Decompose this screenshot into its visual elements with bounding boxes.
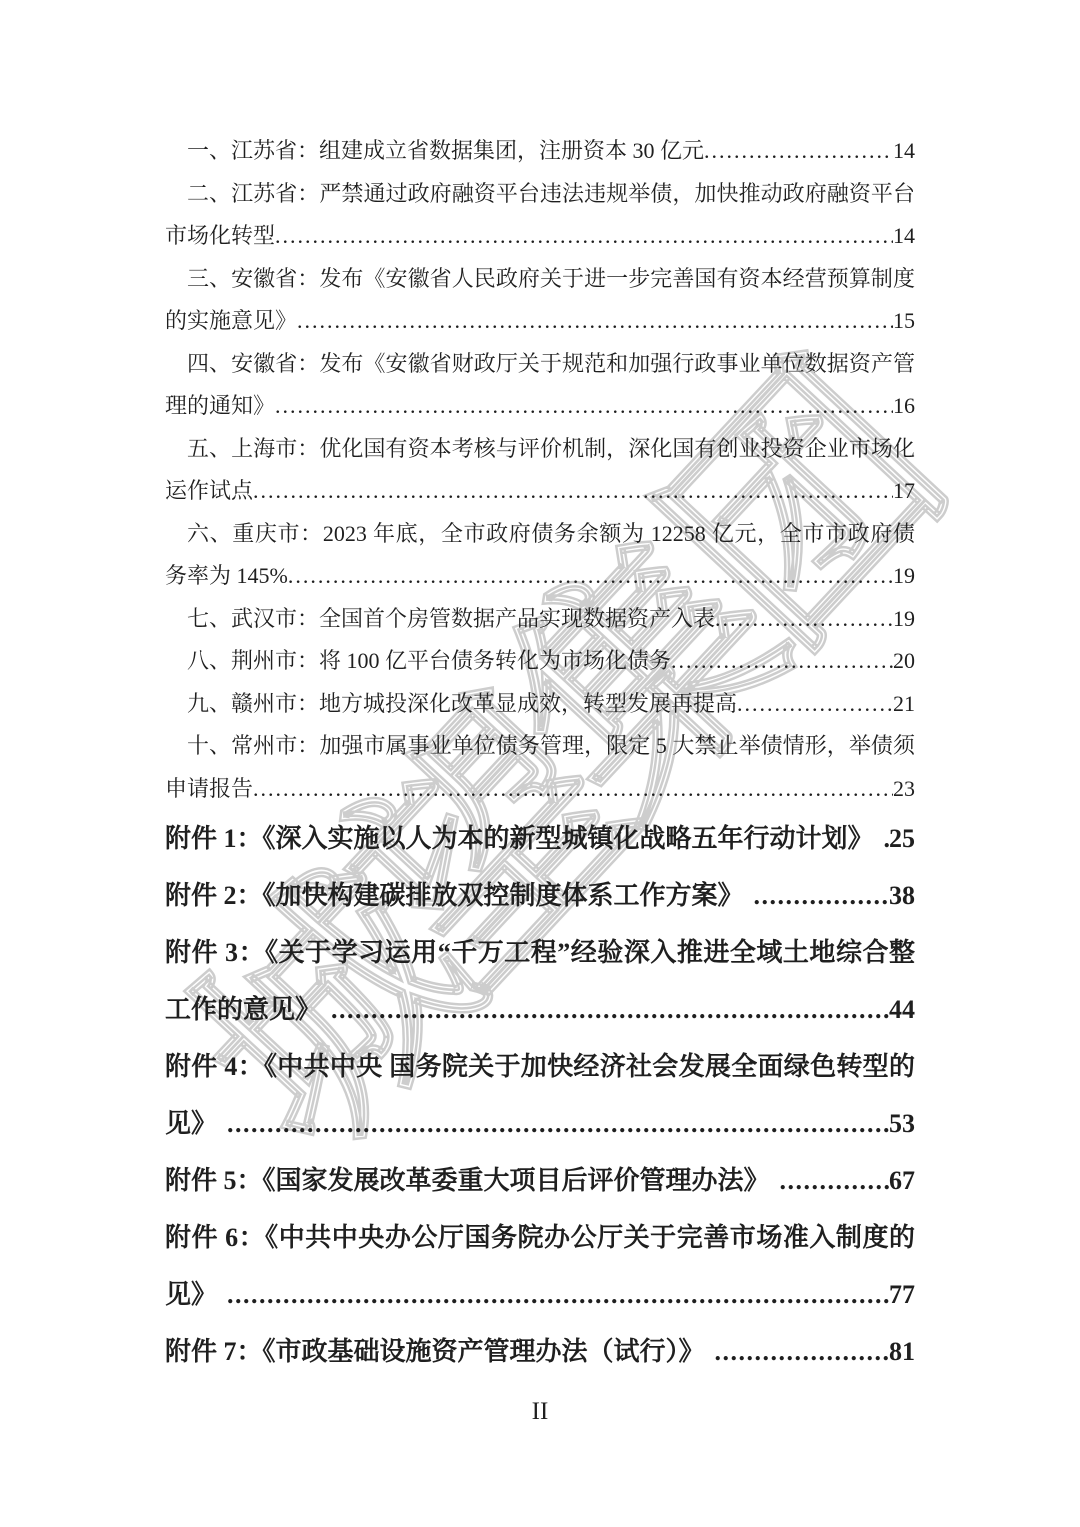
toc-entry-page-number: 67 (889, 1152, 915, 1209)
toc-entry-title: 运作试点 (165, 470, 253, 513)
toc-entry-page-number: 19 (893, 555, 915, 598)
toc-entry[interactable]: 五、上海市：优化国有资本考核与评价机制，深化国有创业投资企业市场化运作试点...… (165, 428, 915, 513)
toc-entry-page-number: 38 (889, 867, 915, 924)
toc-entry-title: 八、荆州市：将 100 亿平台债务转化为市场化债务 (187, 640, 671, 683)
dot-leader: ........................................… (253, 768, 893, 811)
page-number: II (165, 1397, 915, 1427)
toc-entry[interactable]: 十、常州市：加强市属事业单位债务管理，限定 5 大禁止举债情形，举债须申请报告.… (165, 725, 915, 810)
dot-leader: ........................................… (288, 555, 893, 598)
dot-leader: ........................................… (715, 1323, 889, 1380)
toc-entry-page-number: 14 (893, 130, 915, 173)
toc-entry-title-line: 附件 4：《中共中央 国务院关于加快经济社会发展全面绿色转型的意 (165, 1038, 915, 1095)
toc-entry[interactable]: 一、江苏省：组建成立省数据集团，注册资本 30 亿元..............… (165, 130, 915, 173)
toc-entry-title: 申请报告 (165, 768, 253, 811)
toc-entry-page-number: 15 (893, 300, 915, 343)
toc-list: 一、江苏省：组建成立省数据集团，注册资本 30 亿元..............… (165, 130, 915, 1380)
toc-entry-page-number: 17 (893, 470, 915, 513)
toc-entry-title: 见》 (165, 1266, 217, 1323)
toc-entry-page-number: 23 (893, 768, 915, 811)
toc-entry-attachment[interactable]: 附件 7：《市政基础设施资产管理办法（试行）》.................… (165, 1323, 915, 1380)
toc-entry[interactable]: 七、武汉市：全国首个房管数据产品实现数据资产入表................… (165, 598, 915, 641)
toc-entry-title-line: 二、江苏省：严禁通过政府融资平台违法违规举债，加快推动政府融资平台 (165, 173, 915, 216)
toc-entry-title: 务率为 145% (165, 555, 288, 598)
toc-entry-page-number: 14 (893, 215, 915, 258)
toc-entry-title-line: 三、安徽省：发布《安徽省人民政府关于进一步完善国有资本经营预算制度 (165, 258, 915, 301)
toc-entry-page-number: 77 (889, 1266, 915, 1323)
toc-entry-page-number: 44 (889, 981, 915, 1038)
toc-entry-page-number: 19 (893, 598, 915, 641)
toc-entry-title-line: 十、常州市：加强市属事业单位债务管理，限定 5 大禁止举债情形，举债须 (165, 725, 915, 768)
toc-entry-page-number: 21 (893, 683, 915, 726)
toc-entry-title: 的实施意见》 (165, 300, 297, 343)
toc-entry-title: 理的通知》 (165, 385, 275, 428)
toc-entry-title: 市场化转型 (165, 215, 275, 258)
toc-entry-attachment[interactable]: 附件 4：《中共中央 国务院关于加快经济社会发展全面绿色转型的意见》......… (165, 1038, 915, 1152)
toc-entry-title: 九、赣州市：地方城投深化改革显成效，转型发展再提高 (187, 683, 737, 726)
dot-leader: ........................................… (331, 981, 889, 1038)
toc-entry[interactable]: 四、安徽省：发布《安徽省财政厅关于规范和加强行政事业单位数据资产管理的通知》..… (165, 343, 915, 428)
toc-entry-page-number: 53 (889, 1095, 915, 1152)
toc-entry-title: 一、江苏省：组建成立省数据集团，注册资本 30 亿元 (187, 130, 704, 173)
toc-entry-attachment[interactable]: 附件 1：《深入实施以人为本的新型城镇化战略五年行动计划》...........… (165, 810, 915, 867)
toc-entry-page-number: 81 (889, 1323, 915, 1380)
toc-entry-title: 工作的意见》 (165, 981, 321, 1038)
toc-content: 一、江苏省：组建成立省数据集团，注册资本 30 亿元..............… (165, 0, 915, 1427)
dot-leader: ........................................… (754, 867, 889, 924)
dot-leader: ........................................… (227, 1095, 889, 1152)
toc-entry-title-line: 四、安徽省：发布《安徽省财政厅关于规范和加强行政事业单位数据资产管 (165, 343, 915, 386)
toc-entry-title: 见》 (165, 1095, 217, 1152)
toc-entry[interactable]: 三、安徽省：发布《安徽省人民政府关于进一步完善国有资本经营预算制度的实施意见》.… (165, 258, 915, 343)
dot-leader: ........................................… (297, 300, 893, 343)
toc-entry-title: 附件 5：《国家发展改革委重大项目后评价管理办法》 (165, 1152, 770, 1209)
toc-entry-title: 附件 1：《深入实施以人为本的新型城镇化战略五年行动计划》 (165, 810, 874, 867)
toc-entry-title: 七、武汉市：全国首个房管数据产品实现数据资产入表 (187, 598, 715, 641)
dot-leader: ........................................… (704, 130, 893, 173)
toc-entry-title-line: 六、重庆市：2023 年底，全市政府债务余额为 12258 亿元，全市市政府债 (165, 513, 915, 556)
toc-entry-attachment[interactable]: 附件 6：《中共中央办公厅国务院办公厅关于完善市场准入制度的意见》.......… (165, 1209, 915, 1323)
dot-leader: ........................................… (275, 215, 893, 258)
toc-entry-title-line: 附件 6：《中共中央办公厅国务院办公厅关于完善市场准入制度的意 (165, 1209, 915, 1266)
toc-entry-title: 附件 7：《市政基础设施资产管理办法（试行）》 (165, 1323, 705, 1380)
toc-entry-title-line: 附件 3：《关于学习运用“千万工程”经验深入推进全域土地综合整治 (165, 924, 915, 981)
document-page: 城望集团 一、江苏省：组建成立省数据集团，注册资本 30 亿元.........… (0, 0, 1080, 1527)
dot-leader: ........................................… (715, 598, 893, 641)
toc-entry-page-number: 16 (893, 385, 915, 428)
toc-entry-page-number: 25 (889, 810, 915, 867)
toc-entry-title: 附件 2：《加快构建碳排放双控制度体系工作方案》 (165, 867, 744, 924)
toc-entry-attachment[interactable]: 附件 5：《国家发展改革委重大项目后评价管理办法》...............… (165, 1152, 915, 1209)
toc-entry[interactable]: 二、江苏省：严禁通过政府融资平台违法违规举债，加快推动政府融资平台市场化转型..… (165, 173, 915, 258)
dot-leader: ........................................… (253, 470, 893, 513)
dot-leader: ........................................… (780, 1152, 889, 1209)
toc-entry-title-line: 五、上海市：优化国有资本考核与评价机制，深化国有创业投资企业市场化 (165, 428, 915, 471)
toc-entry-attachment[interactable]: 附件 3：《关于学习运用“千万工程”经验深入推进全域土地综合整治工作的意见》..… (165, 924, 915, 1038)
toc-entry[interactable]: 九、赣州市：地方城投深化改革显成效，转型发展再提高...............… (165, 683, 915, 726)
toc-entry[interactable]: 六、重庆市：2023 年底，全市政府债务余额为 12258 亿元，全市市政府债务… (165, 513, 915, 598)
toc-entry[interactable]: 八、荆州市：将 100 亿平台债务转化为市场化债务...............… (165, 640, 915, 683)
toc-entry-attachment[interactable]: 附件 2：《加快构建碳排放双控制度体系工作方案》................… (165, 867, 915, 924)
dot-leader: ........................................… (671, 640, 893, 683)
toc-entry-page-number: 20 (893, 640, 915, 683)
dot-leader: ........................................… (737, 683, 893, 726)
dot-leader: ........................................… (275, 385, 893, 428)
dot-leader: ........................................… (227, 1266, 889, 1323)
